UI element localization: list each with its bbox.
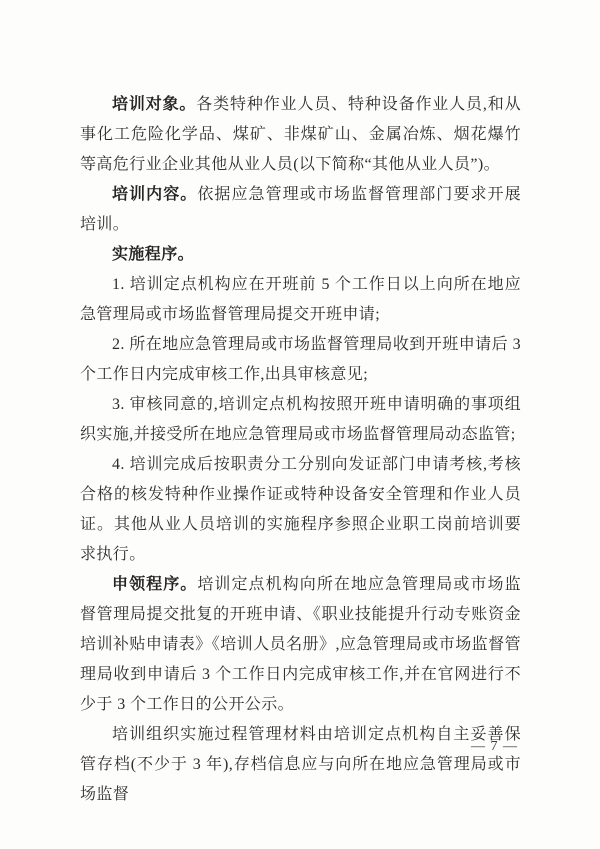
document-page: 培训对象。各类特种作业人员、特种设备作业人员,和从事化工危险化学品、煤矿、非煤矿… bbox=[0, 0, 600, 849]
paragraph-implementation-procedure-heading: 实施程序。 bbox=[80, 240, 521, 270]
procedure-step-3: 3. 审核同意的,培训定点机构按照开班申请明确的事项组织实施,并接受所在地应急管… bbox=[80, 390, 521, 450]
paragraph-training-content: 培训内容。依据应急管理或市场监督管理部门要求开展培训。 bbox=[80, 180, 521, 240]
document-body: 培训对象。各类特种作业人员、特种设备作业人员,和从事化工危险化学品、煤矿、非煤矿… bbox=[80, 90, 521, 810]
procedure-step-4: 4. 培训完成后按职责分工分别向发证部门申请考核,考核合格的核发特种作业操作证或… bbox=[80, 450, 521, 570]
procedure-step-2: 2. 所在地应急管理局或市场监督管理局收到开班申请后 3 个工作日内完成审核工作… bbox=[80, 330, 521, 390]
paragraph-training-target: 培训对象。各类特种作业人员、特种设备作业人员,和从事化工危险化学品、煤矿、非煤矿… bbox=[80, 90, 521, 180]
paragraph-application-procedure-label: 申领程序。 bbox=[112, 576, 197, 593]
procedure-step-2-text: 2. 所在地应急管理局或市场监督管理局收到开班申请后 3 个工作日内完成审核工作… bbox=[80, 336, 521, 383]
procedure-step-1: 1. 培训定点机构应在开班前 5 个工作日以上向所在地应急管理局或市场监督管理局… bbox=[80, 270, 521, 330]
paragraph-application-procedure-text: 培训定点机构向所在地应急管理局或市场监督管理局提交批复的开班申请、《职业技能提升… bbox=[80, 576, 521, 713]
paragraph-application-procedure: 申领程序。培训定点机构向所在地应急管理局或市场监督管理局提交批复的开班申请、《职… bbox=[80, 570, 521, 720]
paragraph-archive-note-text: 培训组织实施过程管理材料由培训定点机构自主妥善保管存档(不少于 3 年),存档信… bbox=[80, 726, 521, 803]
paragraph-training-content-label: 培训内容。 bbox=[112, 186, 197, 203]
paragraph-archive-note: 培训组织实施过程管理材料由培训定点机构自主妥善保管存档(不少于 3 年),存档信… bbox=[80, 720, 521, 810]
page-number: — 7 — bbox=[80, 739, 518, 755]
procedure-step-1-text: 1. 培训定点机构应在开班前 5 个工作日以上向所在地应急管理局或市场监督管理局… bbox=[80, 276, 521, 323]
paragraph-training-target-label: 培训对象。 bbox=[112, 96, 196, 113]
paragraph-implementation-procedure-label: 实施程序。 bbox=[112, 246, 194, 263]
procedure-step-4-text: 4. 培训完成后按职责分工分别向发证部门申请考核,考核合格的核发特种作业操作证或… bbox=[80, 456, 521, 563]
procedure-step-3-text: 3. 审核同意的,培训定点机构按照开班申请明确的事项组织实施,并接受所在地应急管… bbox=[80, 396, 521, 443]
